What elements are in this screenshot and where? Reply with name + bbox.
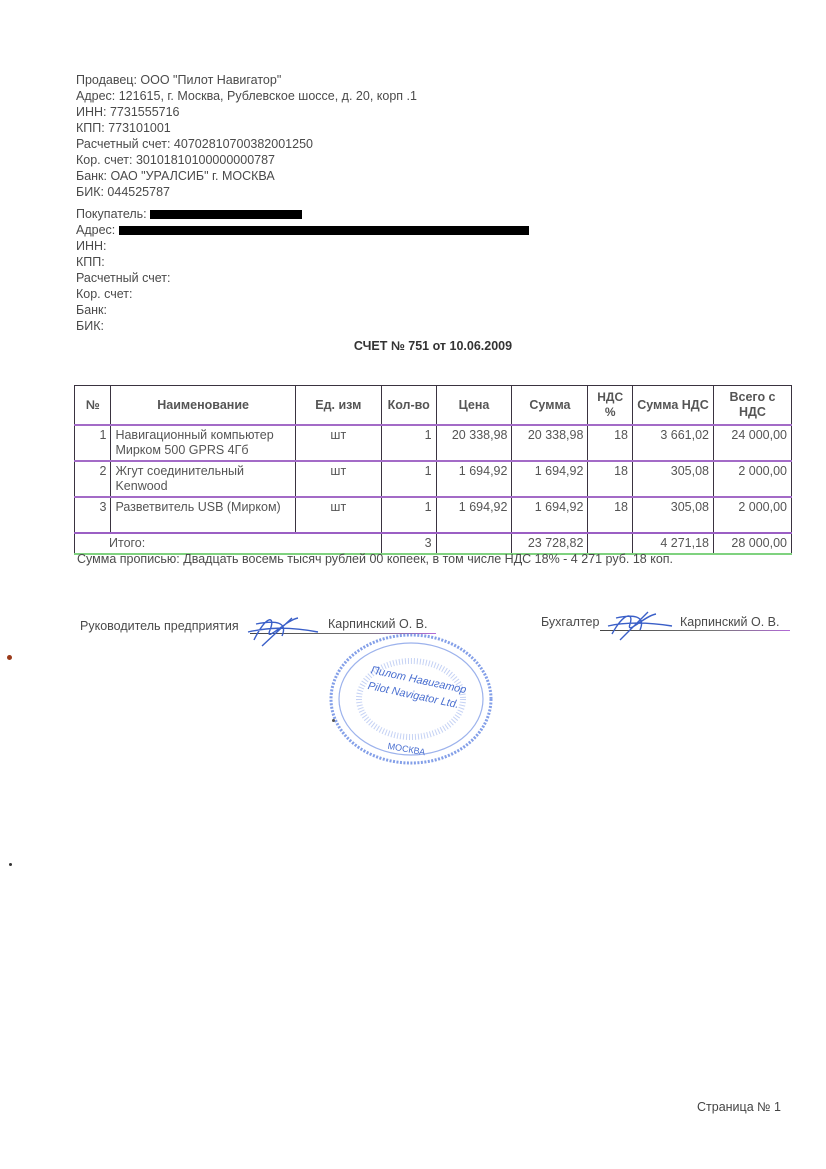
header-vat-sum: Сумма НДС [632, 386, 713, 426]
cell-total: 24 000,00 [713, 425, 791, 461]
cell-name: Жгут соединительный Kenwood [111, 461, 295, 497]
table-row: 2 Жгут соединительный Kenwood шт 1 1 694… [75, 461, 792, 497]
cell-sum: 1 694,92 [512, 497, 588, 533]
total-label: Итого: [75, 533, 382, 554]
amount-in-words: Сумма прописью: Двадцать восемь тысяч ру… [77, 552, 673, 566]
buyer-name-label: Покупатель: [76, 207, 147, 221]
cell-qty: 1 [381, 425, 436, 461]
total-grand: 28 000,00 [713, 533, 791, 554]
header-qty: Кол-во [381, 386, 436, 426]
buyer-inn: ИНН: [76, 238, 107, 254]
header-total: Всего с НДС [713, 386, 791, 426]
cell-vat-pct: 18 [588, 461, 633, 497]
company-stamp-icon: Пилот Навигатор Pilot Navigator Ltd. МОС… [328, 632, 494, 766]
cell-total: 2 000,00 [713, 461, 791, 497]
buyer-bank: Банк: [76, 302, 107, 318]
table-total-row: Итого: 3 23 728,82 4 271,18 28 000,00 [75, 533, 792, 554]
cell-price: 20 338,98 [436, 425, 512, 461]
director-label: Руководитель предприятия [80, 619, 239, 633]
seller-bank: Банк: ОАО "УРАЛСИБ" г. МОСКВА [76, 168, 275, 184]
seller-kpp: КПП: 773101001 [76, 120, 171, 136]
cell-vat-sum: 3 661,02 [632, 425, 713, 461]
cell-price: 1 694,92 [436, 461, 512, 497]
redacted-buyer-name [150, 210, 302, 219]
cell-vat-pct: 18 [588, 425, 633, 461]
scan-speck [7, 655, 12, 660]
seller-name: Продавец: ООО "Пилот Навигатор" [76, 72, 281, 88]
scan-speck [332, 719, 335, 722]
cell-name: Разветвитель USB (Мирком) [111, 497, 295, 533]
cell-vat-sum: 305,08 [632, 497, 713, 533]
buyer-bik: БИК: [76, 318, 104, 334]
cell-unit: шт [295, 425, 381, 461]
seller-inn: ИНН: 7731555716 [76, 104, 180, 120]
buyer-address-row: Адрес: [76, 222, 529, 238]
buyer-address-label: Адрес: [76, 223, 115, 237]
table-header-row: № Наименование Ед. изм Кол-во Цена Сумма… [75, 386, 792, 426]
cell-unit: шт [295, 497, 381, 533]
seller-bik: БИК: 044525787 [76, 184, 170, 200]
header-unit: Ед. изм [295, 386, 381, 426]
redacted-buyer-address [119, 226, 529, 235]
header-price: Цена [436, 386, 512, 426]
cell-sum: 1 694,92 [512, 461, 588, 497]
cell-sum: 20 338,98 [512, 425, 588, 461]
buyer-name-row: Покупатель: [76, 206, 302, 222]
cell-no: 1 [75, 425, 111, 461]
total-vat-pct-empty [588, 533, 633, 554]
table-row: 1 Навигационный компьютер Мирком 500 GPR… [75, 425, 792, 461]
cell-no: 2 [75, 461, 111, 497]
total-price-empty [436, 533, 512, 554]
page-number: Страница № 1 [697, 1100, 781, 1114]
scan-speck [9, 863, 12, 866]
cell-vat-sum: 305,08 [632, 461, 713, 497]
header-name: Наименование [111, 386, 295, 426]
director-signature-icon [236, 610, 326, 650]
cell-qty: 1 [381, 461, 436, 497]
accountant-label: Бухгалтер [541, 615, 599, 629]
buyer-kpp: КПП: [76, 254, 105, 270]
director-name: Карпинский О. В. [328, 617, 427, 631]
buyer-corr-account: Кор. счет: [76, 286, 133, 302]
header-sum: Сумма [512, 386, 588, 426]
cell-total: 2 000,00 [713, 497, 791, 533]
seller-address: Адрес: 121615, г. Москва, Рублевское шос… [76, 88, 417, 104]
total-vat-sum: 4 271,18 [632, 533, 713, 554]
header-vat-pct: НДС % [588, 386, 633, 426]
header-no: № [75, 386, 111, 426]
total-qty: 3 [381, 533, 436, 554]
cell-price: 1 694,92 [436, 497, 512, 533]
cell-qty: 1 [381, 497, 436, 533]
seller-account: Расчетный счет: 40702810700382001250 [76, 136, 313, 152]
invoice-title: СЧЕТ № 751 от 10.06.2009 [0, 339, 826, 353]
accountant-signature-icon [600, 606, 680, 646]
buyer-account: Расчетный счет: [76, 270, 170, 286]
cell-unit: шт [295, 461, 381, 497]
accountant-name: Карпинский О. В. [680, 615, 779, 629]
cell-vat-pct: 18 [588, 497, 633, 533]
seller-corr-account: Кор. счет: 30101810100000000787 [76, 152, 275, 168]
cell-no: 3 [75, 497, 111, 533]
cell-name: Навигационный компьютер Мирком 500 GPRS … [111, 425, 295, 461]
total-sum: 23 728,82 [512, 533, 588, 554]
invoice-table: № Наименование Ед. изм Кол-во Цена Сумма… [74, 385, 792, 555]
table-row: 3 Разветвитель USB (Мирком) шт 1 1 694,9… [75, 497, 792, 533]
